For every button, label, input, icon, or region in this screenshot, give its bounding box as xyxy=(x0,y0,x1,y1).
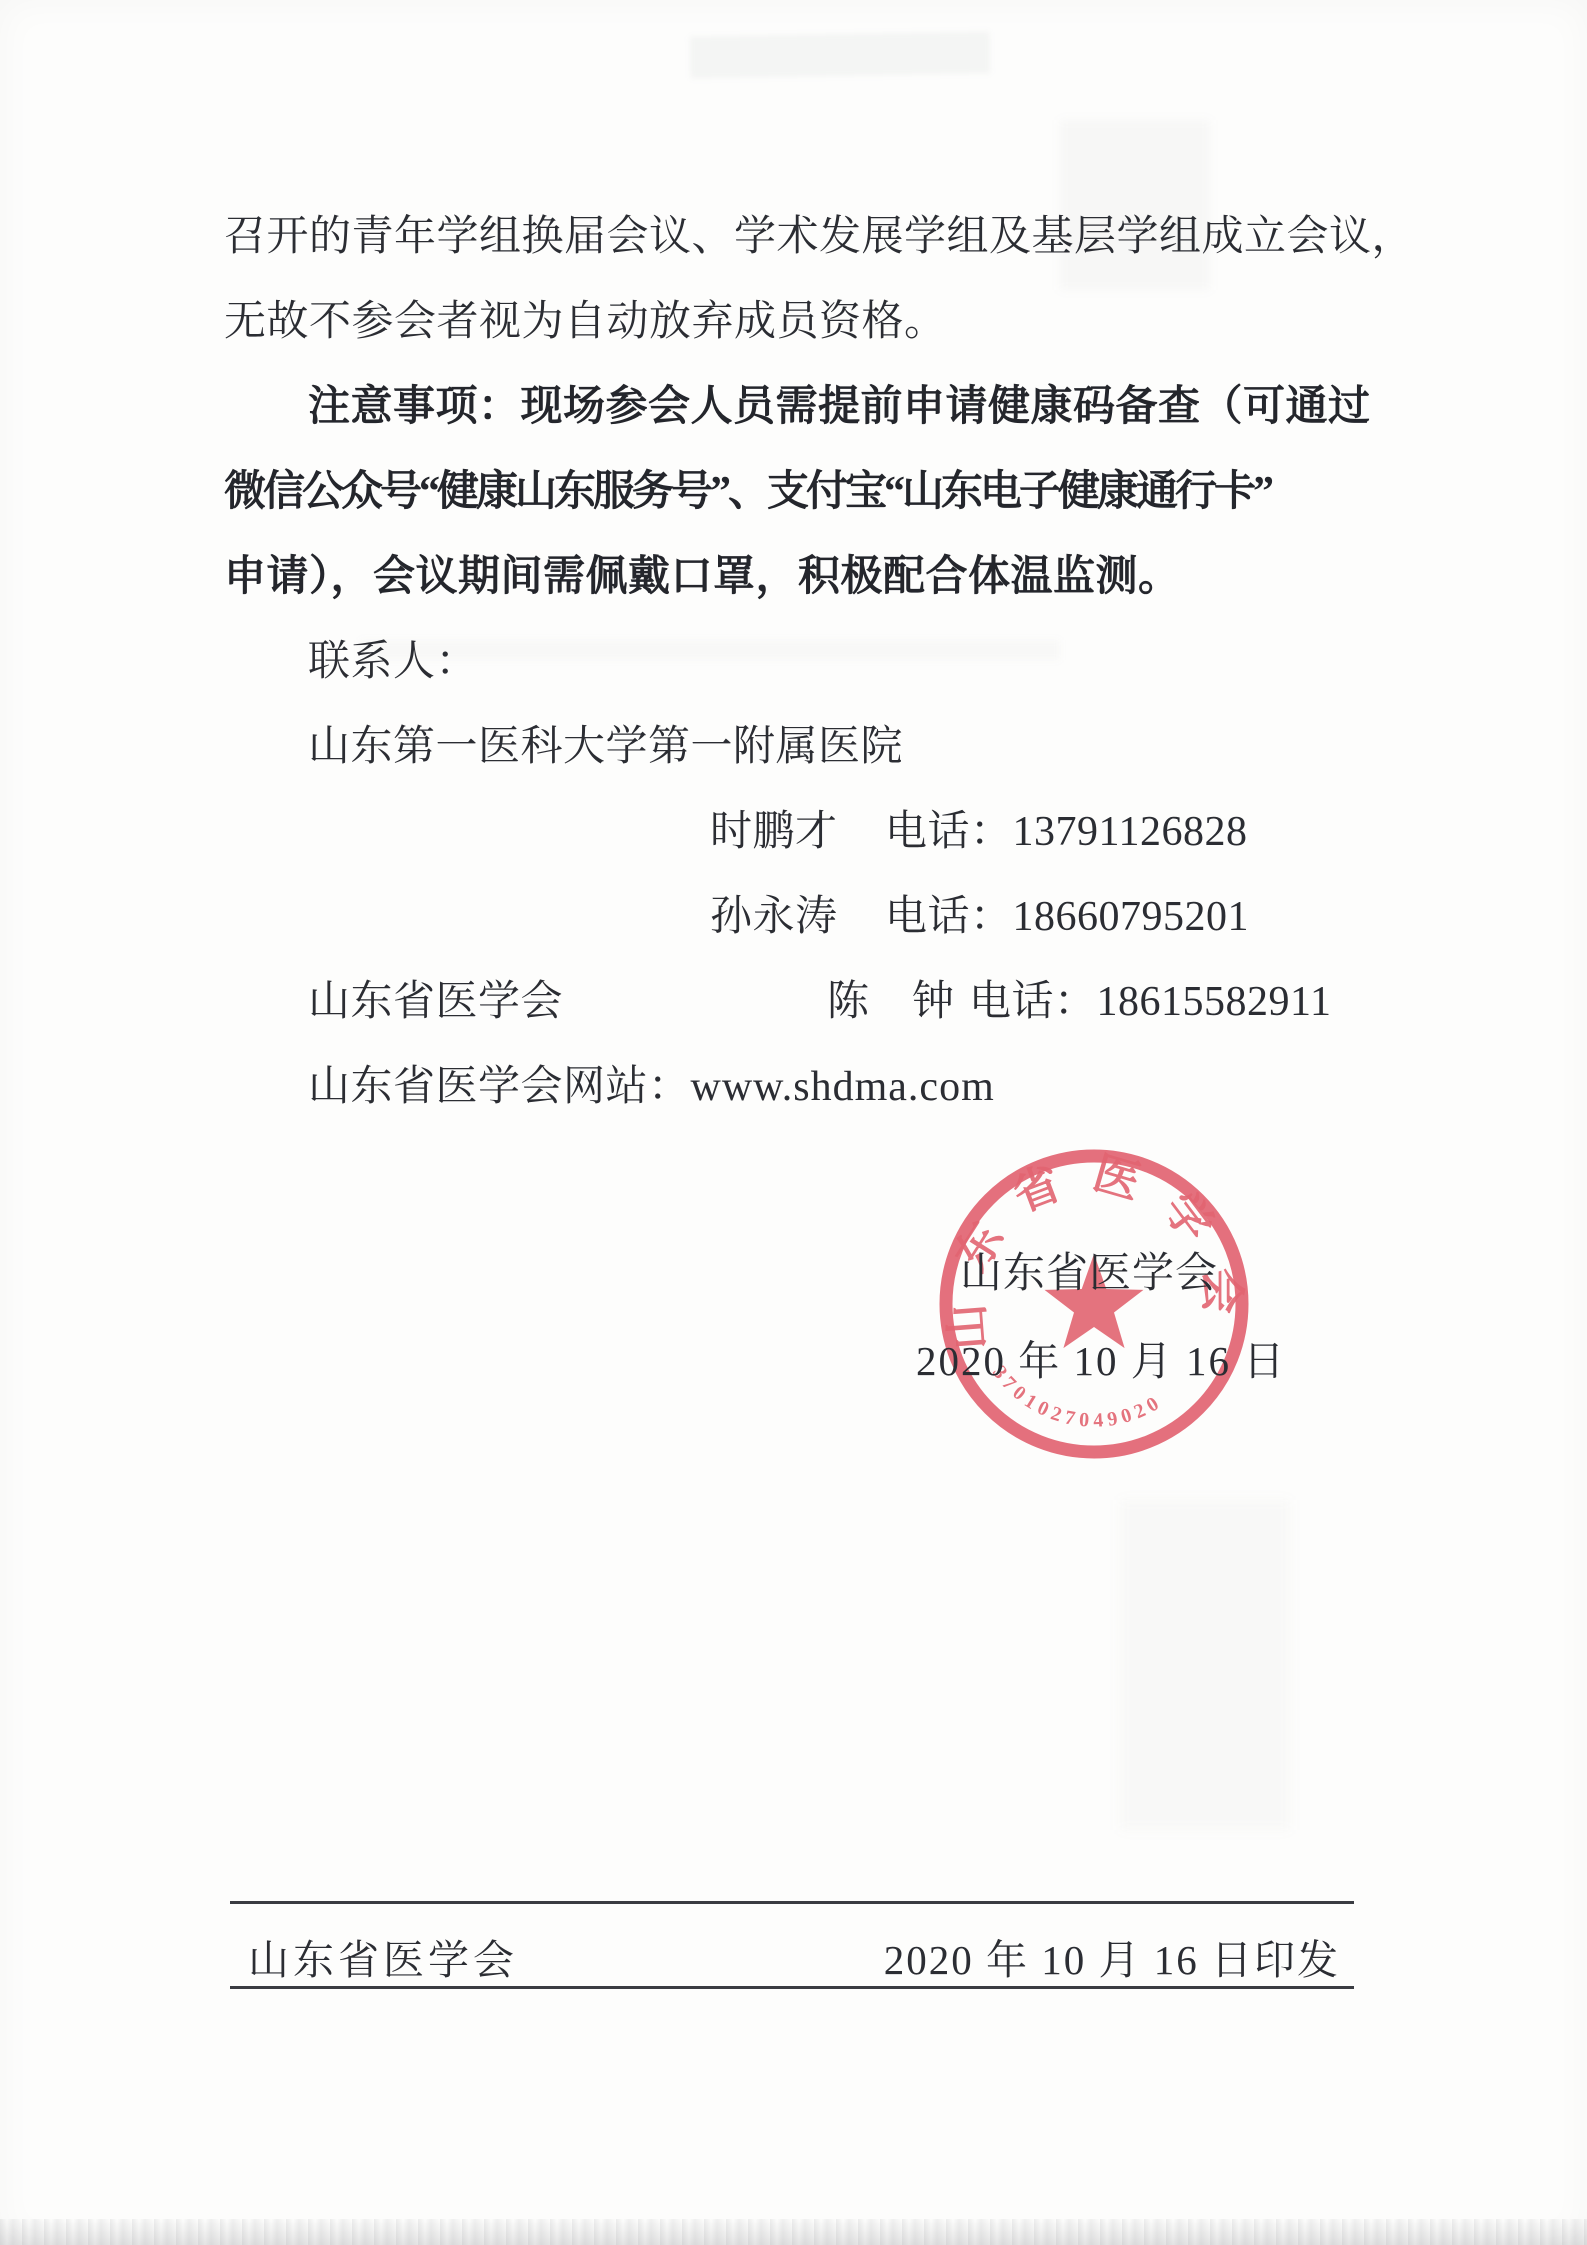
footer-rule-bottom xyxy=(230,1986,1354,1989)
contact-name: 陈 钟 xyxy=(827,981,955,1023)
scan-artifact xyxy=(690,31,991,78)
footer-issuer: 山东省医学会 xyxy=(248,1927,518,1986)
contact-org: 山东省医学会 xyxy=(308,979,563,1025)
body-line-continuation-2: 无故不参会者视为自动放弃成员资格。 xyxy=(224,301,947,343)
contact-row: 山东省医学会 陈 钟 电话：18615582911 xyxy=(308,981,563,1023)
signature-date: 2020 年 10 月 16 日 xyxy=(916,1328,1286,1387)
website-url: www.shdma.com xyxy=(691,1064,995,1110)
notice-line-1: 注意事项：现场参会人员需提前申请健康码备查（可通过 xyxy=(308,386,1371,428)
contact-phone: 电话：13791126828 xyxy=(885,811,1247,853)
website-row: 山东省医学会网站：www.shdma.com xyxy=(308,1066,995,1108)
scan-artifact xyxy=(1060,120,1210,290)
contact-name: 孙永涛 xyxy=(710,896,838,938)
official-seal: 山东省医学会 3701027049020 xyxy=(936,1146,1252,1462)
notice-line-3: 申请），会议期间需佩戴口罩，积极配合体温监测。 xyxy=(224,556,1181,598)
contact-phone: 电话：18660795201 xyxy=(885,896,1249,938)
signature-org: 山东省医学会 xyxy=(960,1240,1218,1300)
footer-print-date: 2020 年 10 月 16 日印发 xyxy=(884,1927,1340,1986)
contact-name: 时鹏才 xyxy=(710,811,838,853)
footer-rule-top xyxy=(230,1901,1354,1904)
body-line-continuation-1: 召开的青年学组换届会议、学术发展学组及基层学组成立会议， xyxy=(224,216,1414,258)
scan-artifact xyxy=(1120,1500,1290,1830)
contacts-heading: 联系人： xyxy=(308,641,478,683)
website-label: 山东省医学会网站： xyxy=(308,1064,691,1110)
document-page: 召开的青年学组换届会议、学术发展学组及基层学组成立会议， 无故不参会者视为自动放… xyxy=(0,0,1587,2245)
contact-hospital: 山东第一医科大学第一附属医院 xyxy=(308,726,903,768)
scan-edge-noise xyxy=(0,2219,1587,2245)
contact-phone: 电话：18615582911 xyxy=(969,981,1331,1023)
notice-line-2: 微信公众号“健康山东服务号”、支付宝“山东电子健康通行卡” xyxy=(224,471,1271,513)
